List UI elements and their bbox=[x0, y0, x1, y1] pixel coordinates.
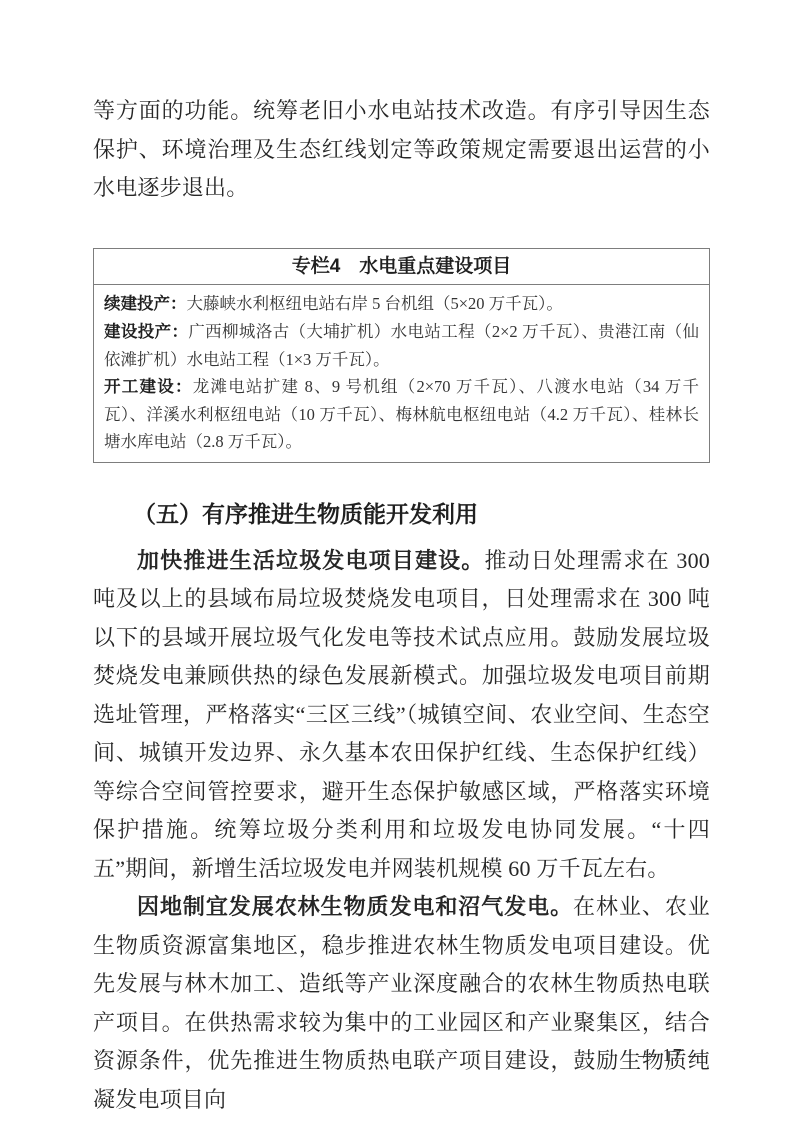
section-heading: （五）有序推进生物质能开发利用 bbox=[93, 494, 710, 535]
document-body: 等方面的功能。统筹老旧小水电站技术改造。有序引导因生态保护、环境治理及生态红线划… bbox=[93, 92, 710, 1119]
project-box-body: 续建投产：大藤峡水利枢纽电站右岸 5 台机组（5×20 万千瓦）。 建设投产：广… bbox=[94, 285, 709, 462]
box-row-label: 建设投产： bbox=[104, 323, 188, 341]
paragraph-text: 等方面的功能。统筹老旧小水电站技术改造。有序引导因生态保护、环境治理及生态红线划… bbox=[93, 98, 710, 200]
continuation-paragraph: 等方面的功能。统筹老旧小水电站技术改造。有序引导因生态保护、环境治理及生态红线划… bbox=[93, 92, 710, 208]
box-row-start-projects: 开工建设：龙滩电站扩建 8、9 号机组（2×70 万千瓦）、八渡水电站（34 万… bbox=[104, 373, 699, 455]
box-row-text: 龙滩电站扩建 8、9 号机组（2×70 万千瓦）、八渡水电站（34 万千瓦）、洋… bbox=[104, 377, 699, 451]
page-number: — 17 — bbox=[638, 1045, 707, 1066]
box-row-continue-projects: 续建投产：大藤峡水利枢纽电站右岸 5 台机组（5×20 万千瓦）。 bbox=[104, 290, 699, 318]
box-row-label: 续建投产： bbox=[104, 295, 187, 313]
project-box: 专栏4 水电重点建设项目 续建投产：大藤峡水利枢纽电站右岸 5 台机组（5×20… bbox=[93, 248, 710, 463]
box-row-build-projects: 建设投产：广西柳城洛古（大埔扩机）水电站工程（2×2 万千瓦）、贵港江南（仙依滩… bbox=[104, 318, 699, 373]
box-row-text: 大藤峡水利枢纽电站右岸 5 台机组（5×20 万千瓦）。 bbox=[187, 294, 563, 313]
paragraph-text: 在林业、农业生物质资源富集地区，稳步推进农林生物质发电项目建设。优先发展与林木加… bbox=[93, 894, 710, 1112]
box-row-text: 广西柳城洛古（大埔扩机）水电站工程（2×2 万千瓦）、贵港江南（仙依滩扩机）水电… bbox=[104, 322, 699, 369]
box-row-label: 开工建设： bbox=[104, 378, 193, 396]
document-page: 等方面的功能。统筹老旧小水电站技术改造。有序引导因生态保护、环境治理及生态红线划… bbox=[0, 0, 800, 1131]
project-box-title: 专栏4 水电重点建设项目 bbox=[94, 249, 709, 285]
waste-power-paragraph: 加快推进生活垃圾发电项目建设。推动日处理需求在 300 吨及以上的县域布局垃圾焚… bbox=[93, 542, 710, 889]
paragraph-text: 推动日处理需求在 300 吨及以上的县域布局垃圾焚烧发电项目，日处理需求在 30… bbox=[93, 548, 710, 881]
paragraph-lead: 加快推进生活垃圾发电项目建设。 bbox=[137, 548, 484, 573]
biomass-paragraph: 因地制宜发展农林生物质发电和沼气发电。在林业、农业生物质资源富集地区，稳步推进农… bbox=[93, 888, 710, 1119]
paragraph-lead: 因地制宜发展农林生物质发电和沼气发电。 bbox=[137, 894, 573, 919]
